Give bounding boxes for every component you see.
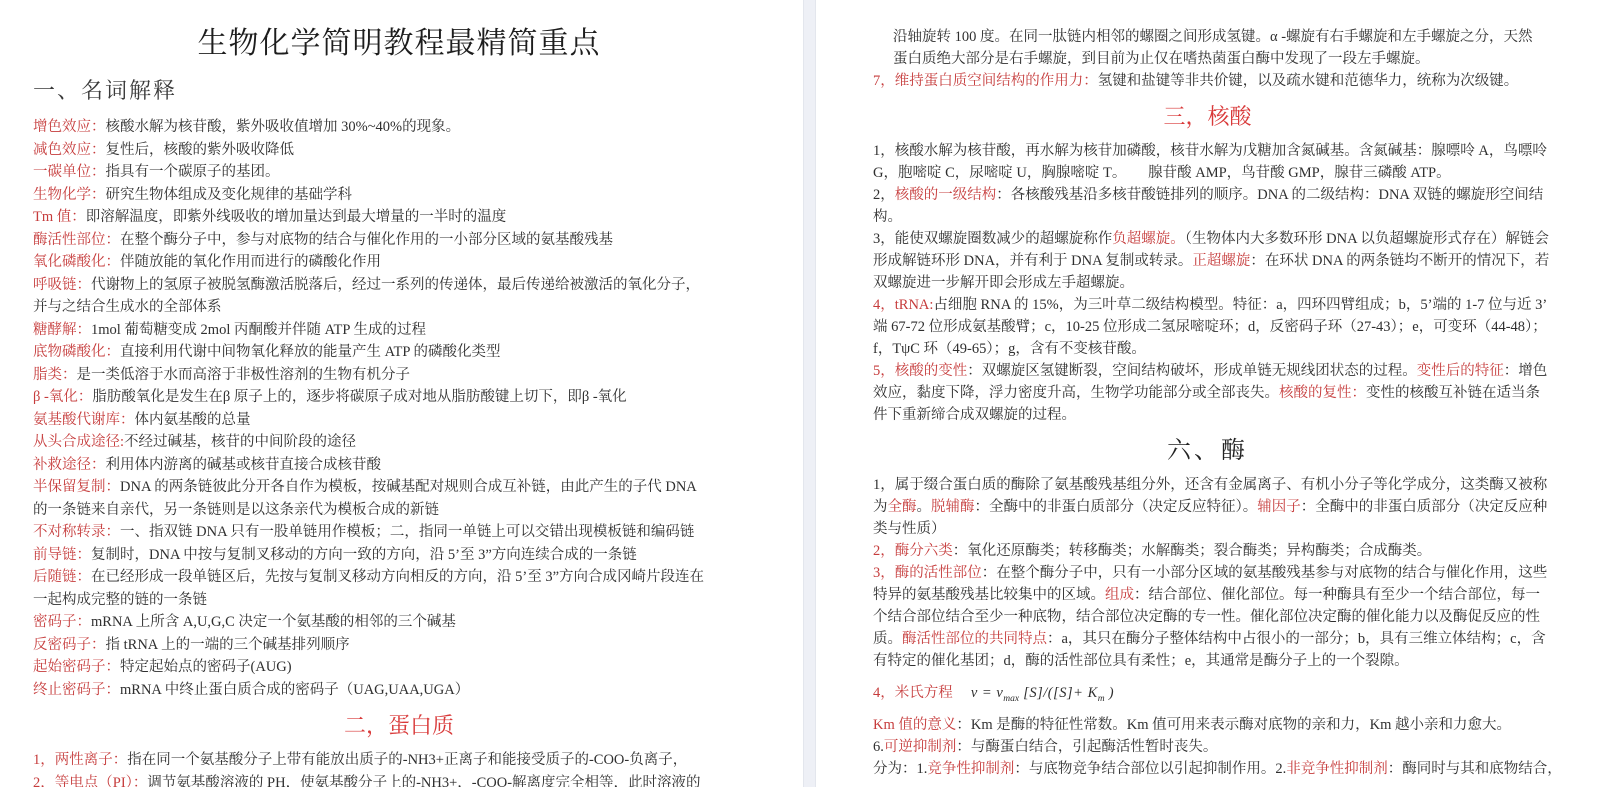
key-term: 反密码子：: [33, 637, 106, 653]
key-term: 负超螺旋。: [1112, 231, 1185, 247]
key-term: 核酸的复性：: [1279, 385, 1366, 401]
body-text: f，TψC 环（49-65）；g，含有不变核苷酸。: [873, 341, 1146, 357]
key-term: 糖酵解：: [33, 322, 91, 338]
key-term: 呼吸链：: [33, 277, 91, 293]
body-text: 不经过碱基，核苷的中间阶段的途径: [124, 434, 356, 450]
doc-line: 增色效应：核酸水解为核苷酸，紫外吸收值增加 30%~40%的现象。: [33, 116, 795, 139]
key-term: 前导链：: [33, 547, 91, 563]
doc-h1: 一、名词解释: [33, 76, 795, 106]
body-text: 个结合部位结合至少一种底物，结合部位决定酶的专一性。催化部位决定酶的催化能力以及…: [873, 609, 1540, 625]
body-text: 调节氨基酸溶液的 PH，使氨基酸分子上的-NH3+，-COO-解离度完全相等，此…: [147, 775, 700, 787]
doc-line: 7，维持蛋白质空间结构的作用力：氢键和盐键等非共价键，以及疏水键和范德华力，统称…: [873, 70, 1599, 92]
body-text: v = v: [971, 685, 1003, 701]
body-text: [953, 685, 971, 701]
doc-line: 1，核酸水解为核苷酸，再水解为核苷加磷酸，核苷水解为戊糖加含氮碱基。含氮碱基：腺…: [873, 140, 1599, 162]
doc-line: 2，等电点（PI）：调节氨基酸溶液的 PH，使氨基酸分子上的-NH3+，-COO…: [33, 772, 795, 787]
body-text: 特定起始点的密码子(AUG): [120, 659, 292, 675]
body-text: ：与酶蛋白结合，引起酶活性暂时丧失。: [956, 739, 1217, 755]
key-term: 后随链：: [33, 569, 91, 585]
body-text: mRNA 中终止蛋白质合成的密码子（UAG,UAA,UGA）: [120, 682, 469, 698]
key-term: 酶活性部位：: [33, 232, 120, 248]
body-text: 指 tRNA 上的一端的三个碱基排列顺序: [106, 637, 350, 653]
body-text: 指在同一个氨基酸分子上带有能放出质子的-NH3+正离子和能接受质子的-COO-负…: [127, 752, 687, 768]
doc-line: 从头合成途径:不经过碱基，核苷的中间阶段的途径: [33, 431, 795, 454]
body-text: ：全酶中的非蛋白质部分（决定反应特征）。: [975, 499, 1258, 515]
key-term: 从头合成途径:: [33, 434, 124, 450]
doc-line: 蛋白质绝大部分是右手螺旋，到目前为止仅在嗜热菌蛋白酶中发现了一段左手螺旋。: [873, 48, 1599, 70]
doc-line: 一碳单位：指具有一个碳原子的基团。: [33, 161, 795, 184]
body-text: DNA 的两条链彼此分开各自作为模板，按碱基配对规则合成互补链，由此产生的子代 …: [120, 479, 697, 495]
body-text: 1mol 葡萄糖变成 2mol 丙酮酸并伴随 ATP 生成的过程: [91, 322, 426, 338]
doc-line: f，TψC 环（49-65）；g，含有不变核苷酸。: [873, 338, 1599, 360]
body-text: ：Km 是酶的特征性常数。Km 值可用来表示酶对底物的亲和力，Km 越小亲和力愈…: [956, 717, 1511, 733]
body-text: 特异的氨基酸残基比较集中的区域。: [873, 587, 1105, 603]
key-term: 辅因子: [1257, 499, 1301, 515]
key-term: 生物化学：: [33, 187, 106, 203]
body-text: 为: [873, 499, 888, 515]
key-term: 终止密码子：: [33, 682, 120, 698]
doc-line: β -氧化：脂肪酸氧化是发生在β 原子上的，逐步将碳原子成对地从脂肪酸键上切下，…: [33, 386, 795, 409]
doc-line: 1，属于缀合蛋白质的酶除了氨基酸残基组分外，还含有金属离子、有机小分子等化学成分…: [873, 474, 1599, 496]
doc-line: 密码子：mRNA 上所含 A,U,G,C 决定一个氨基酸的相邻的三个碱基: [33, 611, 795, 634]
body-text: 并与之结合生成水的全部体系: [33, 299, 222, 315]
body-text: ：a，其只在酶分子整体结构中占很小的一部分；b，具有三维立体结构；c，含: [1047, 631, 1546, 647]
page-right-content: 沿轴旋转 100 度。在同一肽链内相邻的螺圈之间形成氢键。α -螺旋有右手螺旋和…: [873, 26, 1599, 780]
body-text: 6.: [873, 739, 884, 755]
key-term: 非竞争性抑制剂: [1286, 761, 1388, 777]
body-text: 构。: [873, 209, 902, 225]
key-term: 2，酶分六类: [873, 543, 953, 559]
body-text: ：双螺旋区氢键断裂，空间结构破坏，形成单链无规线团状态的过程。: [967, 363, 1417, 379]
body-text: 沿轴旋转 100 度。在同一肽链内相邻的螺圈之间形成氢键。α -螺旋有右手螺旋和…: [893, 29, 1533, 45]
doc-h2: 三，核酸: [873, 102, 1542, 132]
key-term: 竞争性抑制剂: [927, 761, 1014, 777]
body-text: 在整个酶分子中，参与对底物的结合与催化作用的一小部分区域的氨基酸残基: [120, 232, 613, 248]
body-text: 占细胞 RNA 的 15%，为三叶草二级结构模型。特征：a，四环四臂组成；b，5…: [933, 297, 1547, 313]
doc-line: 形成解链环形 DNA，并有利于 DNA 复制或转录。正超螺旋：在环状 DNA 的…: [873, 250, 1599, 272]
doc-line: 反密码子：指 tRNA 上的一端的三个碱基排列顺序: [33, 634, 795, 657]
key-term: 底物磷酸化：: [33, 344, 120, 360]
key-term: 核酸的一级结构: [895, 187, 997, 203]
doc-line: 半保留复制：DNA 的两条链彼此分开各自作为模板，按碱基配对规则合成互补链，由此…: [33, 476, 795, 499]
body-text: 利用体内游离的碱基或核苷直接合成核苷酸: [106, 457, 382, 473]
doc-line: 为全酶。脱辅酶：全酶中的非蛋白质部分（决定反应特征）。辅因子：全酶中的非蛋白质部…: [873, 496, 1599, 518]
body-text: 蛋白质绝大部分是右手螺旋，到目前为止仅在嗜热菌蛋白酶中发现了一段左手螺旋。: [893, 51, 1430, 67]
key-term: 7，维持蛋白质空间结构的作用力：: [873, 73, 1098, 89]
body-text: ): [1105, 685, 1114, 701]
body-text: 分为：1.: [873, 761, 927, 777]
body-text: 伴随放能的氧化作用而进行的磷酸化作用: [120, 254, 381, 270]
key-term: 4，tRNA:: [873, 297, 933, 313]
doc-line: 氨基酸代谢库：体内氨基酸的总量: [33, 409, 795, 432]
body-text: ：各核酸残基沿多核苷酸链排列的顺序。DNA 的二级结构：DNA 双链的螺旋形空间…: [996, 187, 1543, 203]
body-text: 的一条链来自亲代，另一条链则是以这条亲代为模板合成的新链: [33, 502, 439, 518]
doc-line: 一起构成完整的链的一条链: [33, 589, 795, 612]
doc-line: 的一条链来自亲代，另一条链则是以这条亲代为模板合成的新链: [33, 499, 795, 522]
key-term: 补救途径：: [33, 457, 106, 473]
doc-line: 2，酶分六类：氧化还原酶类；转移酶类；水解酶类；裂合酶类；异构酶类；合成酶类。: [873, 540, 1599, 562]
body-text: ：在环状 DNA 的两条链均不断开的情况下，若: [1250, 253, 1549, 269]
doc-line: 补救途径：利用体内游离的碱基或核苷直接合成核苷酸: [33, 454, 795, 477]
body-text: 质。: [873, 631, 902, 647]
body-text: 体内氨基酸的总量: [135, 412, 251, 428]
doc-line: 效应，黏度下降，浮力密度升高，生物学功能部分或全部丧失。核酸的复性：变性的核酸互…: [873, 382, 1599, 404]
doc-line: 2，核酸的一级结构：各核酸残基沿多核苷酸链排列的顺序。DNA 的二级结构：DNA…: [873, 184, 1599, 206]
doc-line: 氧化磷酸化：伴随放能的氧化作用而进行的磷酸化作用: [33, 251, 795, 274]
doc-line: 糖酵解：1mol 葡萄糖变成 2mol 丙酮酸并伴随 ATP 生成的过程: [33, 319, 795, 342]
body-text: ：氧化还原酶类；转移酶类；水解酶类；裂合酶类；异构酶类；合成酶类。: [953, 543, 1432, 559]
doc-line: 构。: [873, 206, 1599, 228]
body-text: ：酶同时与其和底物结合，: [1388, 761, 1562, 777]
body-text: [S]/([S]+ K: [1019, 685, 1098, 701]
doc-line: 起始密码子：特定起始点的密码子(AUG): [33, 656, 795, 679]
doc-line: 类与性质）: [873, 518, 1599, 540]
doc-line: G，胞嘧啶 C，尿嘧啶 U，胸腺嘧啶 T。 腺苷酸 AMP，鸟苷酸 GMP，腺苷…: [873, 162, 1599, 184]
key-term: 酶活性部位的共同特点: [902, 631, 1047, 647]
body-text: 指具有一个碳原子的基团。: [106, 164, 280, 180]
doc-line: 特异的氨基酸残基比较集中的区域。组成：结合部位、催化部位。每一种酶具有至少一个结…: [873, 584, 1599, 606]
key-term: 半保留复制：: [33, 479, 120, 495]
body-text: 端 67-72 位形成氨基酸臂；c，10-25 位形成二氢尿嘧啶环；d，反密码子…: [873, 319, 1547, 335]
key-term: 起始密码子：: [33, 659, 120, 675]
key-term: 4，米氏方程: [873, 685, 953, 701]
doc-line: 分为：1.竞争性抑制剂：与底物竞争结合部位以引起抑制作用。2.非竞争性抑制剂：酶…: [873, 758, 1599, 780]
body-text: m: [1098, 694, 1105, 704]
key-term: 一碳单位：: [33, 164, 106, 180]
body-text: 双螺旋进一步解开即会形成左手超螺旋。: [873, 275, 1134, 291]
key-term: 不对称转录：: [33, 524, 120, 540]
doc-line: 6.可逆抑制剂：与酶蛋白结合，引起酶活性暂时丧失。: [873, 736, 1599, 758]
body-text: ：与底物竞争结合部位以引起抑制作用。2.: [1014, 761, 1286, 777]
doc-line: 3，酶的活性部位：在整个酶分子中，只有一小部分区域的氨基酸残基参与对底物的结合与…: [873, 562, 1599, 584]
doc-line: 端 67-72 位形成氨基酸臂；c，10-25 位形成二氢尿嘧啶环；d，反密码子…: [873, 316, 1599, 338]
body-text: ：在整个酶分子中，只有一小部分区域的氨基酸残基参与对底物的结合与催化作用，这些: [982, 565, 1548, 581]
key-term: 2，等电点（PI）：: [33, 775, 147, 787]
key-term: 5，核酸的变性: [873, 363, 967, 379]
key-term: Km 值的意义: [873, 717, 956, 733]
doc-line: 4，tRNA:占细胞 RNA 的 15%，为三叶草二级结构模型。特征：a，四环四…: [873, 294, 1599, 316]
doc-line: 脂类：是一类低溶于水而高溶于非极性溶剂的生物有机分子: [33, 364, 795, 387]
body-text: 脂肪酸氧化是发生在β 原子上的，逐步将碳原子成对地从脂肪酸键上切下，即β -氧化: [92, 389, 626, 405]
key-term: β -氧化：: [33, 389, 92, 405]
body-text: 在已经形成一段单链区后，先按与复制叉移动方向相反的方向，沿 5’至 3”方向合成…: [91, 569, 704, 585]
body-text: ：结合部位、催化部位。每一种酶具有至少一个结合部位，每一: [1134, 587, 1540, 603]
page-gutter: [803, 0, 816, 787]
doc-line: 4，米氏方程 v = vmax [S]/([S]+ Km ): [873, 678, 1599, 708]
document-view: 生物化学简明教程最精简重点一、名词解释增色效应：核酸水解为核苷酸，紫外吸收值增加…: [0, 0, 1599, 787]
key-term: 减色效应：: [33, 142, 106, 158]
doc-line: 不对称转录：一、指双链 DNA 只有一股单链用作模板；二，指同一单链上可以交错出…: [33, 521, 795, 544]
body-text: 1，核酸水解为核苷酸，再水解为核苷加磷酸，核苷水解为戊糖加含氮碱基。含氮碱基：腺…: [873, 143, 1547, 159]
key-term: 正超螺旋: [1192, 253, 1250, 269]
doc-line: 并与之结合生成水的全部体系: [33, 296, 795, 319]
key-term: 脂类：: [33, 367, 77, 383]
body-text: G，胞嘧啶 C，尿嘧啶 U，胸腺嘧啶 T。 腺苷酸 AMP，鸟苷酸 GMP，腺苷…: [873, 165, 1451, 181]
key-term: 3，酶的活性部位: [873, 565, 982, 581]
body-text: 1，属于缀合蛋白质的酶除了氨基酸残基组分外，还含有金属离子、有机小分子等化学成分…: [873, 477, 1547, 493]
body-text: 2，: [873, 187, 895, 203]
key-term: 1，两性离子：: [33, 752, 127, 768]
body-text: 复性后，核酸的紫外吸收降低: [106, 142, 295, 158]
page-right: 沿轴旋转 100 度。在同一肽链内相邻的螺圈之间形成氢键。α -螺旋有右手螺旋和…: [816, 0, 1599, 787]
key-term: 可逆抑制剂: [884, 739, 957, 755]
key-term: 氨基酸代谢库：: [33, 412, 135, 428]
doc-line: 后随链：在已经形成一段单链区后，先按与复制叉移动方向相反的方向，沿 5’至 3”…: [33, 566, 795, 589]
doc-line: 终止密码子：mRNA 中终止蛋白质合成的密码子（UAG,UAA,UGA）: [33, 679, 795, 702]
doc-line: 酶活性部位：在整个酶分子中，参与对底物的结合与催化作用的一小部分区域的氨基酸残基: [33, 229, 795, 252]
body-text: 是一类低溶于水而高溶于非极性溶剂的生物有机分子: [77, 367, 411, 383]
key-term: 脱辅酶: [931, 499, 975, 515]
body-text: 一、指双链 DNA 只有一股单链用作模板；二，指同一单链上可以交错出现模板链和编…: [120, 524, 694, 540]
body-text: max: [1003, 694, 1019, 704]
doc-line: 1，两性离子：指在同一个氨基酸分子上带有能放出质子的-NH3+正离子和能接受质子…: [33, 749, 795, 772]
doc-line: 减色效应：复性后，核酸的紫外吸收降低: [33, 139, 795, 162]
body-text: 。: [917, 499, 932, 515]
page-left: 生物化学简明教程最精简重点一、名词解释增色效应：核酸水解为核苷酸，紫外吸收值增加…: [0, 0, 803, 787]
doc-line: 件下重新缔合成双螺旋的过程。: [873, 404, 1599, 426]
doc-h2: 二，蛋白质: [33, 711, 765, 741]
body-text: 有特定的催化基团；d，酶的活性部位具有柔性；e，其通常是酶分子上的一个裂隙。: [873, 653, 1409, 669]
key-term: 组成: [1105, 587, 1134, 603]
doc-line: 底物磷酸化：直接利用代谢中间物氧化释放的能量产生 ATP 的磷酸化类型: [33, 341, 795, 364]
doc-line: 个结合部位结合至少一种底物，结合部位决定酶的专一性。催化部位决定酶的催化能力以及…: [873, 606, 1599, 628]
key-term: Tm 值：: [33, 209, 86, 225]
body-text: 3，能使双螺旋圈数减少的超螺旋称作: [873, 231, 1112, 247]
key-term: 密码子：: [33, 614, 91, 630]
doc-line: 前导链：复制时，DNA 中按与复制叉移动的方向一致的方向，沿 5’至 3”方向连…: [33, 544, 795, 567]
body-text: ：全酶中的非蛋白质部分（决定反应种: [1301, 499, 1548, 515]
body-text: 效应，黏度下降，浮力密度升高，生物学功能部分或全部丧失。: [873, 385, 1279, 401]
doc-line: Tm 值：即溶解温度，即紫外线吸收的增加量达到最大增量的一半时的温度: [33, 206, 795, 229]
body-text: 一起构成完整的链的一条链: [33, 592, 207, 608]
doc-title: 生物化学简明教程最精简重点: [33, 22, 765, 66]
doc-h2: 六、酶: [873, 436, 1542, 466]
key-term: 变性后的特征: [1417, 363, 1504, 379]
body-text: 氢键和盐键等非共价键，以及疏水键和范德华力，统称为次级键。: [1098, 73, 1519, 89]
key-term: 增色效应：: [33, 119, 106, 135]
body-text: 复制时，DNA 中按与复制叉移动的方向一致的方向，沿 5’至 3”方向连续合成的…: [91, 547, 637, 563]
body-text: 即溶解温度，即紫外线吸收的增加量达到最大增量的一半时的温度: [86, 209, 507, 225]
body-text: （生物体内大多数环形 DNA 以负超螺旋形式存在）解链会: [1185, 231, 1549, 247]
body-text: 类与性质）: [873, 521, 946, 537]
doc-line: 5，核酸的变性：双螺旋区氢键断裂，空间结构破坏，形成单链无规线团状态的过程。变性…: [873, 360, 1599, 382]
doc-line: 沿轴旋转 100 度。在同一肽链内相邻的螺圈之间形成氢键。α -螺旋有右手螺旋和…: [873, 26, 1599, 48]
doc-line: 质。酶活性部位的共同特点：a，其只在酶分子整体结构中占很小的一部分；b，具有三维…: [873, 628, 1599, 650]
body-text: 件下重新缔合成双螺旋的过程。: [873, 407, 1076, 423]
body-text: ：增色: [1504, 363, 1548, 379]
body-text: mRNA 上所含 A,U,G,C 决定一个氨基酸的相邻的三个碱基: [91, 614, 456, 630]
body-text: 研究生物体组成及变化规律的基础学科: [106, 187, 353, 203]
doc-line: 有特定的催化基团；d，酶的活性部位具有柔性；e，其通常是酶分子上的一个裂隙。: [873, 650, 1599, 672]
key-term: 氧化磷酸化：: [33, 254, 120, 270]
body-text: 代谢物上的氢原子被脱氢酶激活脱落后，经过一系列的传递体，最后传递给被激活的氧化分…: [91, 277, 700, 293]
body-text: 直接利用代谢中间物氧化释放的能量产生 ATP 的磷酸化类型: [120, 344, 501, 360]
doc-line: 呼吸链：代谢物上的氢原子被脱氢酶激活脱落后，经过一系列的传递体，最后传递给被激活…: [33, 274, 795, 297]
doc-line: 双螺旋进一步解开即会形成左手超螺旋。: [873, 272, 1599, 294]
key-term: 全酶: [888, 499, 917, 515]
body-text: 形成解链环形 DNA，并有利于 DNA 复制或转录。: [873, 253, 1192, 269]
page-left-content: 生物化学简明教程最精简重点一、名词解释增色效应：核酸水解为核苷酸，紫外吸收值增加…: [33, 22, 795, 787]
doc-line: 生物化学：研究生物体组成及变化规律的基础学科: [33, 184, 795, 207]
body-text: 核酸水解为核苷酸，紫外吸收值增加 30%~40%的现象。: [106, 119, 461, 135]
doc-line: Km 值的意义：Km 是酶的特征性常数。Km 值可用来表示酶对底物的亲和力，Km…: [873, 714, 1599, 736]
body-text: 变性的核酸互补链在适当条: [1366, 385, 1540, 401]
doc-line: 3，能使双螺旋圈数减少的超螺旋称作负超螺旋。（生物体内大多数环形 DNA 以负超…: [873, 228, 1599, 250]
